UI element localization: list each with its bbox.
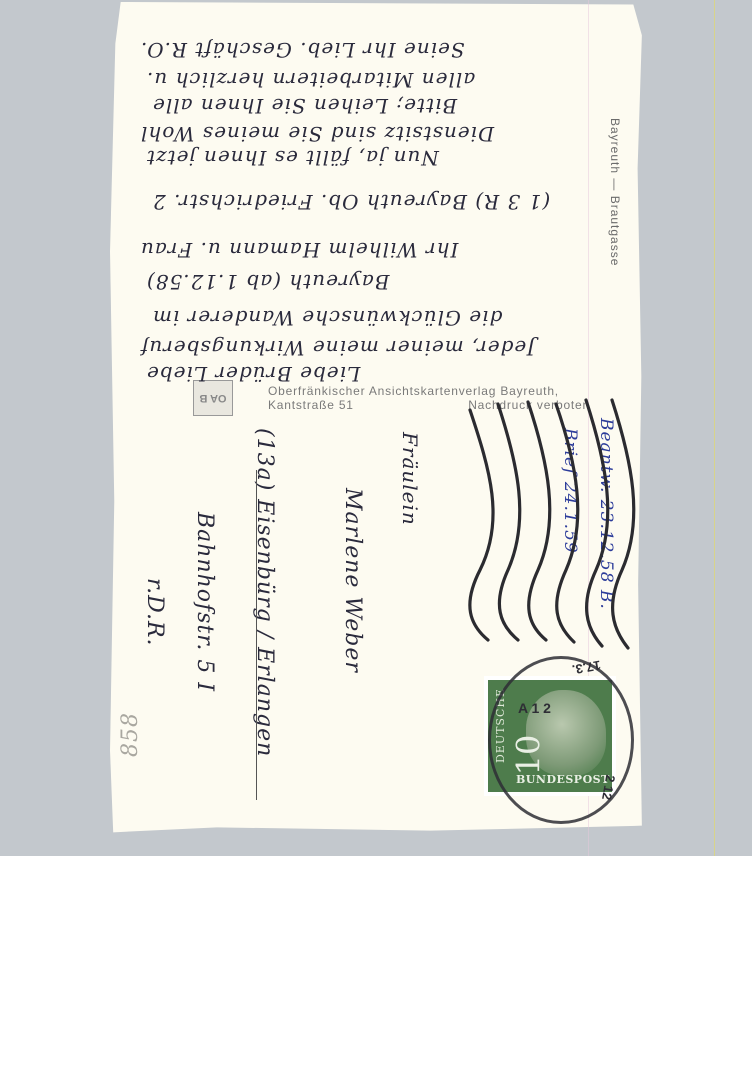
postmark-date: A 1 2 (518, 700, 551, 716)
cancellation-wave-lines (0, 0, 752, 856)
